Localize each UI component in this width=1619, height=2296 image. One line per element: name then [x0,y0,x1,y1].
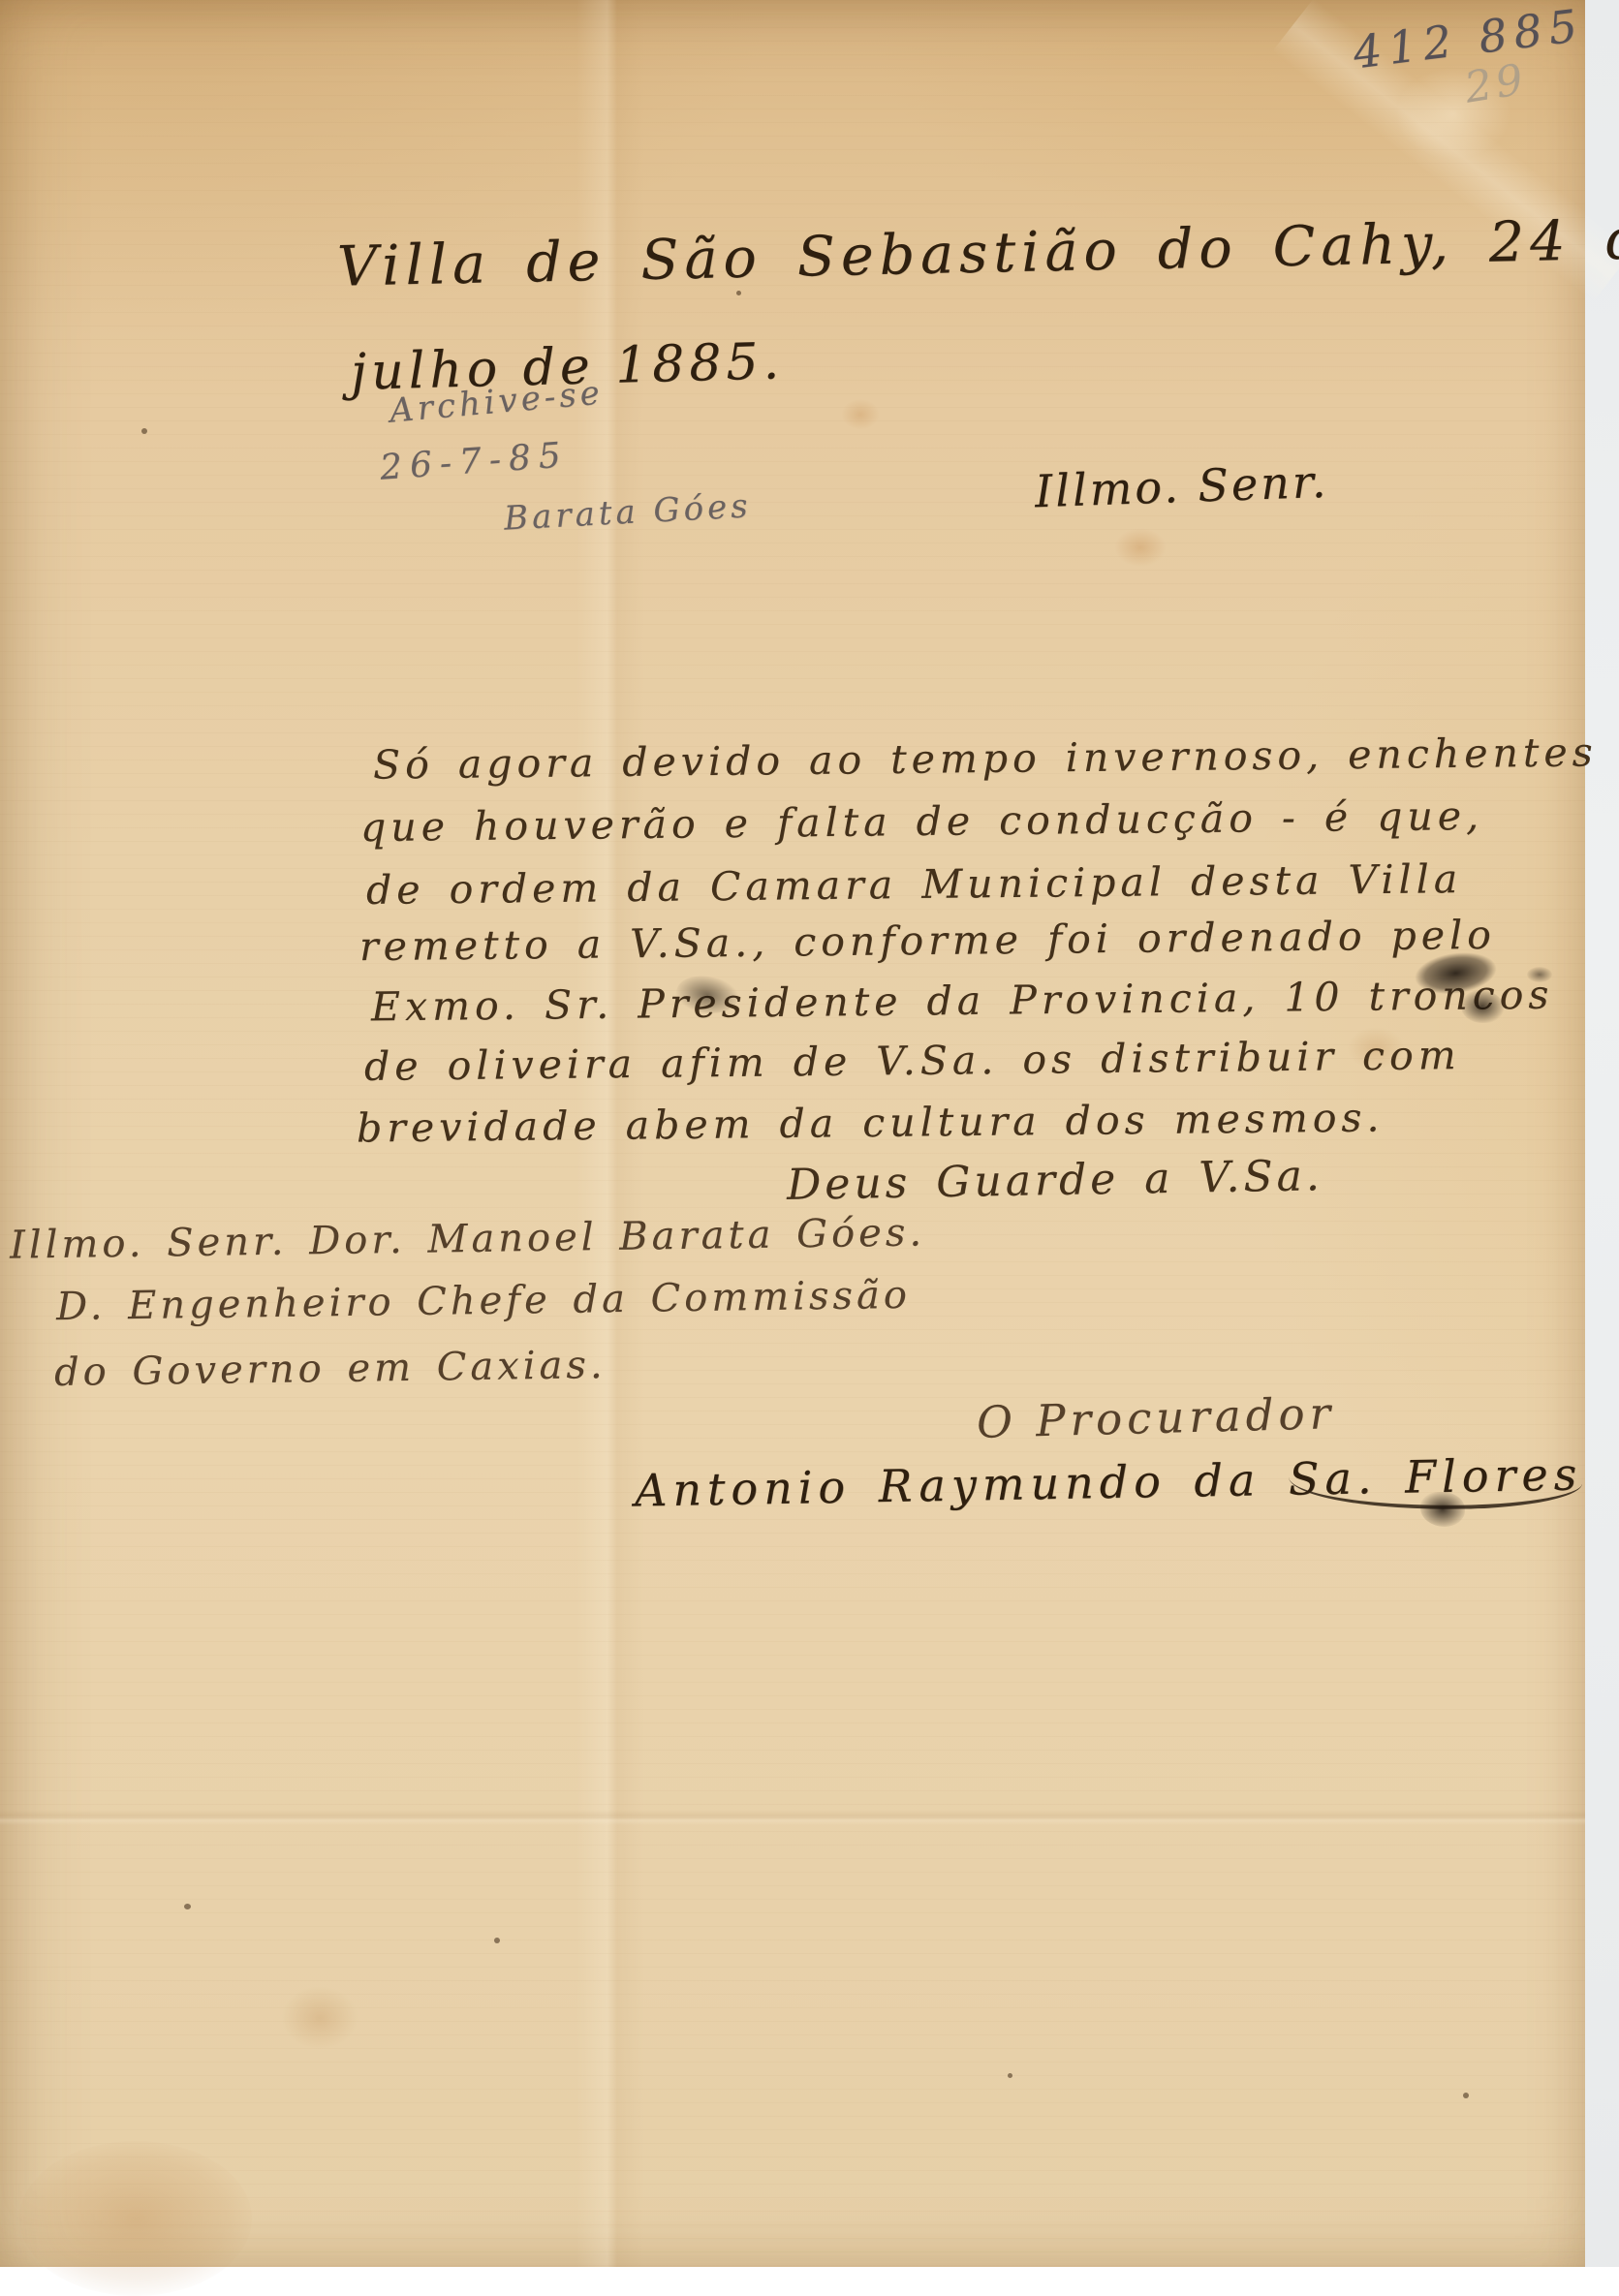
address-line: Illmo. Senr. Dor. Manoel Barata Góes. [10,1212,926,1265]
speck [1008,2073,1012,2078]
address-line: D. Engenheiro Chefe da Commissão [56,1275,911,1327]
signature-name-main: Antonio Raymundo da [635,1453,1261,1516]
archival-note-date: 26-7-85 [379,437,570,486]
body-line: que houverão e falta de conducção - é qu… [360,795,1483,849]
body-line: de oliveira afim de V.Sa. os distribuir … [364,1035,1461,1088]
signature-name-flourish: Sa. Flores [1288,1447,1582,1511]
salutation: Illmo. Senr. [1034,458,1329,515]
stain [1114,528,1167,567]
horizontal-fold-crease [0,1810,1585,1825]
closing-formula: Deus Guarde a V.Sa. [787,1154,1324,1208]
speck [494,1938,500,1943]
dateline-line1: Villa de São Sebastião do Cahy, 24 de [337,210,1619,296]
letter-paper: 412 885 29 Villa de São Sebastião do Cah… [0,0,1585,2267]
body-line: Só agora devido ao tempo invernoso, ench… [373,731,1598,786]
speck [736,291,741,295]
signature-role: O Procurador [976,1390,1335,1445]
speck [184,1904,191,1909]
stain [281,1986,358,2050]
page-number-pencil-note: 29 [1462,57,1530,111]
address-line: do Governo em Caxias. [54,1345,607,1393]
body-line: remetto a V.Sa., conforme foi ordenado p… [359,915,1496,968]
signature-name: Antonio Raymundo da Sa. Flores [635,1450,1583,1513]
body-line: Exmo. Sr. Presidente da Provincia, 10 tr… [371,975,1554,1029]
speck [1463,2093,1469,2098]
stain [841,399,880,430]
body-line: de ordem da Camara Municipal desta Villa [366,858,1463,912]
stain [19,2141,252,2267]
body-line: brevidade abem da cultura dos mesmos. [357,1097,1385,1149]
archival-note-signature: Barata Góes [503,489,752,537]
speck [141,428,147,434]
